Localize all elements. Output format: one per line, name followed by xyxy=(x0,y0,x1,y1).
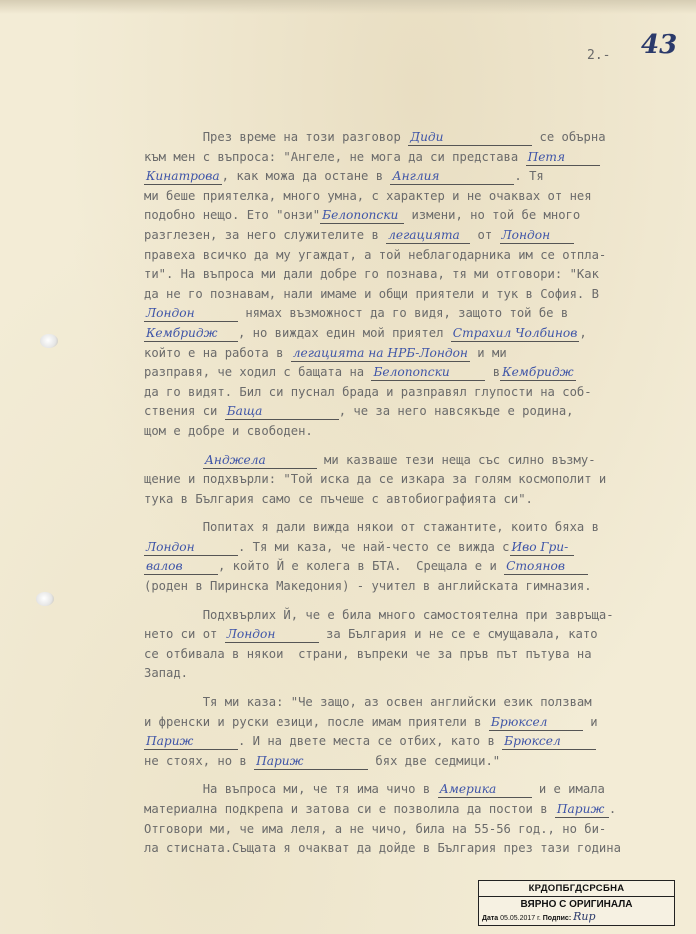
handwritten-insertion: Кембридж xyxy=(500,365,575,381)
handwritten-insertion: Бащa xyxy=(225,404,339,420)
text-line: Париж. И на двете места се отбих, като в… xyxy=(144,732,694,752)
stamp-date-label: Дата xyxy=(482,915,498,922)
text-line: Запад. xyxy=(144,664,694,684)
typed-text: , xyxy=(579,326,586,340)
typed-text: , който Й е колега в БТА. Срещала е и xyxy=(218,559,504,573)
typed-text: , как можа да остане в xyxy=(222,169,391,183)
typed-text: ла стисната.Същата я очакват да дойде в … xyxy=(144,841,621,855)
handwritten-insertion: Париж xyxy=(254,754,368,770)
handwritten-insertion: Лондон xyxy=(144,306,238,322)
handwritten-insertion: Лондон xyxy=(500,228,574,244)
punch-hole-top xyxy=(40,334,58,348)
stamp-signature: Rир xyxy=(573,910,595,923)
handwritten-insertion: Лондон xyxy=(144,540,238,556)
stamp-certified-text: ВЯРНО С ОРИГИНАЛА xyxy=(479,897,674,910)
stamp-signature-label: Подпис: xyxy=(543,915,571,922)
punch-hole-bottom xyxy=(36,592,54,606)
text-line: ти". На въпроса ми дали добре го познава… xyxy=(144,265,694,285)
text-line: не стоях, но в Париж бях две седмици." xyxy=(144,752,694,772)
typed-text: и ми xyxy=(470,346,507,360)
handwritten-insertion: валов xyxy=(144,559,218,575)
handwritten-insertion: легацията на НРБ-Лондон xyxy=(291,346,470,362)
typed-text: не стоях, но в xyxy=(144,754,254,768)
typed-text: бях две седмици." xyxy=(368,754,500,768)
text-line: ла стисната.Същата я очакват да дойде в … xyxy=(144,839,694,859)
typed-text: да го видят. Бил си пуснал брада и разпр… xyxy=(144,385,592,399)
typed-text: за България и не се е смущавала, като xyxy=(319,627,598,641)
text-line: правеха всичко да му угаждат, а той небл… xyxy=(144,246,694,266)
text-line: Кинатрова, как можа да остане в Англия. … xyxy=(144,167,694,187)
typed-text: подобно нещо. Ето "онзи" xyxy=(144,208,320,222)
paragraph-gap xyxy=(144,509,694,518)
typed-text: . И на двете места се отбих, като в xyxy=(238,734,502,748)
handwritten-insertion: Стоянов xyxy=(504,559,588,575)
typed-text: . xyxy=(609,802,616,816)
handwritten-insertion: Кинатрова xyxy=(144,169,222,185)
typed-text: щом е добре и свободен. xyxy=(144,424,313,438)
text-line: да го видят. Бил си пуснал брада и разпр… xyxy=(144,383,694,403)
text-line: разглезен, за него служителите в легация… xyxy=(144,226,694,246)
text-line: Кембридж, но виждах един мой приятел Стр… xyxy=(144,324,694,344)
archive-number: 43 xyxy=(641,30,677,60)
text-line: и френски и руски езици, после имам прия… xyxy=(144,713,694,733)
paragraph-gap xyxy=(144,597,694,606)
text-line: През време на този разговор Диди се обър… xyxy=(144,128,694,148)
text-line: валов, който Й е колега в БТА. Срещала е… xyxy=(144,557,694,577)
scan-top-shadow xyxy=(0,0,696,14)
text-line: Лондон нямах възможност да го видя, защо… xyxy=(144,304,694,324)
stamp-organization: КРДОПБГДСРСБНА xyxy=(479,881,674,897)
handwritten-insertion: Кембридж xyxy=(144,326,238,342)
stamp-date-signature: Дата 05.05.2017 г. Подпис: Rир xyxy=(479,910,674,925)
handwritten-insertion: Америка xyxy=(438,782,532,798)
typed-text: нето си от xyxy=(144,627,225,641)
text-line: Тя ми каза: "Че защо, аз освен английски… xyxy=(144,693,694,713)
typed-text: На въпроса ми, че тя има чичо в xyxy=(144,782,438,796)
typed-text: и френски и руски езици, после имам прия… xyxy=(144,715,489,729)
handwritten-insertion: легацията xyxy=(386,228,470,244)
text-line: щом е добре и свободен. xyxy=(144,422,694,442)
typed-text: материална подкрепа и затова си е позвол… xyxy=(144,802,555,816)
paragraph-gap xyxy=(144,442,694,451)
typed-text: Запад. xyxy=(144,666,188,680)
handwritten-insertion: Париж xyxy=(555,802,609,818)
handwritten-insertion: Лондон xyxy=(225,627,319,643)
typed-text: . Тя ми каза, че най-често се вижда с xyxy=(238,540,510,554)
text-line: тука в България само се пъчеше с автобио… xyxy=(144,490,694,510)
handwritten-insertion: Белопопски xyxy=(371,365,485,381)
page-number: 2.- xyxy=(587,48,610,63)
text-line: се отбивала в някои страни, въпреки че з… xyxy=(144,645,694,665)
text-line: който е на работа в легацията на НРБ-Лон… xyxy=(144,344,694,364)
handwritten-insertion: Петя xyxy=(526,150,600,166)
text-line: (роден в Пиринска Македония) - учител в … xyxy=(144,577,694,597)
paragraph-gap xyxy=(144,771,694,780)
handwritten-insertion: Анджела xyxy=(203,453,317,469)
handwritten-insertion: Англия xyxy=(390,169,514,185)
handwritten-insertion: Диди xyxy=(408,130,532,146)
text-line: ствения си Бащa, че за него навсякъде е … xyxy=(144,402,694,422)
text-line: към мен с въпроса: "Ангеле, не мога да с… xyxy=(144,148,694,168)
text-line: Отговори ми, че има леля, а не чичо, бил… xyxy=(144,820,694,840)
typed-text: се обърна xyxy=(532,130,605,144)
handwritten-insertion: Страхил Чолбинов xyxy=(451,326,580,342)
typed-text: правеха всичко да му угаждат, а той небл… xyxy=(144,248,606,262)
typed-text: Тя ми каза: "Че защо, аз освен английски… xyxy=(144,695,592,709)
typed-text: Попитах я дали вижда някои от стажантите… xyxy=(144,520,599,534)
typed-text: ти". На въпроса ми дали добре го познава… xyxy=(144,267,599,281)
text-line: да не го познавам, нали имаме и общи при… xyxy=(144,285,694,305)
document-body: През време на този разговор Диди се обър… xyxy=(144,128,694,859)
typed-text: разглезен, за него служителите в xyxy=(144,228,386,242)
typed-text xyxy=(144,453,203,467)
typed-text: ми беше приятелка, много умна, с характе… xyxy=(144,189,592,203)
typed-text: щение и подхвърли: "Той иска да се изкар… xyxy=(144,472,606,486)
typed-text: тука в България само се пъчеше с автобио… xyxy=(144,492,533,506)
text-line: нето си от Лондон за България и не се е … xyxy=(144,625,694,645)
typed-text: (роден в Пиринска Македония) - учител в … xyxy=(144,579,592,593)
text-line: На въпроса ми, че тя има чичо в Америка … xyxy=(144,780,694,800)
typed-text: През време на този разговор xyxy=(144,130,408,144)
typed-text: към мен с въпроса: "Ангеле, не мога да с… xyxy=(144,150,526,164)
text-line: Подхвърлих Й, че е била много самостояте… xyxy=(144,606,694,626)
typed-text: който е на работа в xyxy=(144,346,291,360)
typed-text: ствения си xyxy=(144,404,225,418)
handwritten-insertion: Иво Гри- xyxy=(510,540,574,556)
typed-text: в xyxy=(485,365,500,379)
typed-text: разправя, че ходил с бащата на xyxy=(144,365,371,379)
text-line: Попитах я дали вижда някои от стажантите… xyxy=(144,518,694,538)
typed-text: , че за него навсякъде е родина, xyxy=(339,404,574,418)
handwritten-insertion: Белопопски xyxy=(320,208,404,224)
typed-text: се отбивала в някои страни, въпреки че з… xyxy=(144,647,592,661)
text-line: Анджела ми казваше тези неща със силно в… xyxy=(144,451,694,471)
typed-text: и xyxy=(583,715,598,729)
typed-text: от xyxy=(470,228,499,242)
handwritten-insertion: Брюксел xyxy=(502,734,596,750)
text-line: разправя, че ходил с бащата на Белопопск… xyxy=(144,363,694,383)
paragraph-gap xyxy=(144,684,694,693)
typed-text: Подхвърлих Й, че е била много самостояте… xyxy=(144,608,614,622)
text-line: материална подкрепа и затова си е позвол… xyxy=(144,800,694,820)
text-line: ми беше приятелка, много умна, с характе… xyxy=(144,187,694,207)
text-line: подобно нещо. Ето "онзи"Белопопски измен… xyxy=(144,206,694,226)
handwritten-insertion: Брюксел xyxy=(489,715,583,731)
typed-text: , но виждах един мой приятел xyxy=(238,326,451,340)
handwritten-insertion: Париж xyxy=(144,734,238,750)
typed-text: Отговори ми, че има леля, а не чичо, бил… xyxy=(144,822,606,836)
certification-stamp: КРДОПБГДСРСБНА ВЯРНО С ОРИГИНАЛА Дата 05… xyxy=(478,880,675,926)
text-line: щение и подхвърли: "Той иска да се изкар… xyxy=(144,470,694,490)
typed-text: измени, но той бе много xyxy=(404,208,580,222)
text-line: Лондон. Тя ми каза, че най-често се вижд… xyxy=(144,538,694,558)
typed-text: ми казваше тези неща със силно възму- xyxy=(317,453,596,467)
typed-text: . Тя xyxy=(514,169,543,183)
typed-text: да не го познавам, нали имаме и общи при… xyxy=(144,287,599,301)
typed-text: и е имала xyxy=(532,782,605,796)
typed-text: нямах възможност да го видя, защото той … xyxy=(238,306,568,320)
stamp-date-value: 05.05.2017 г. xyxy=(500,915,541,922)
